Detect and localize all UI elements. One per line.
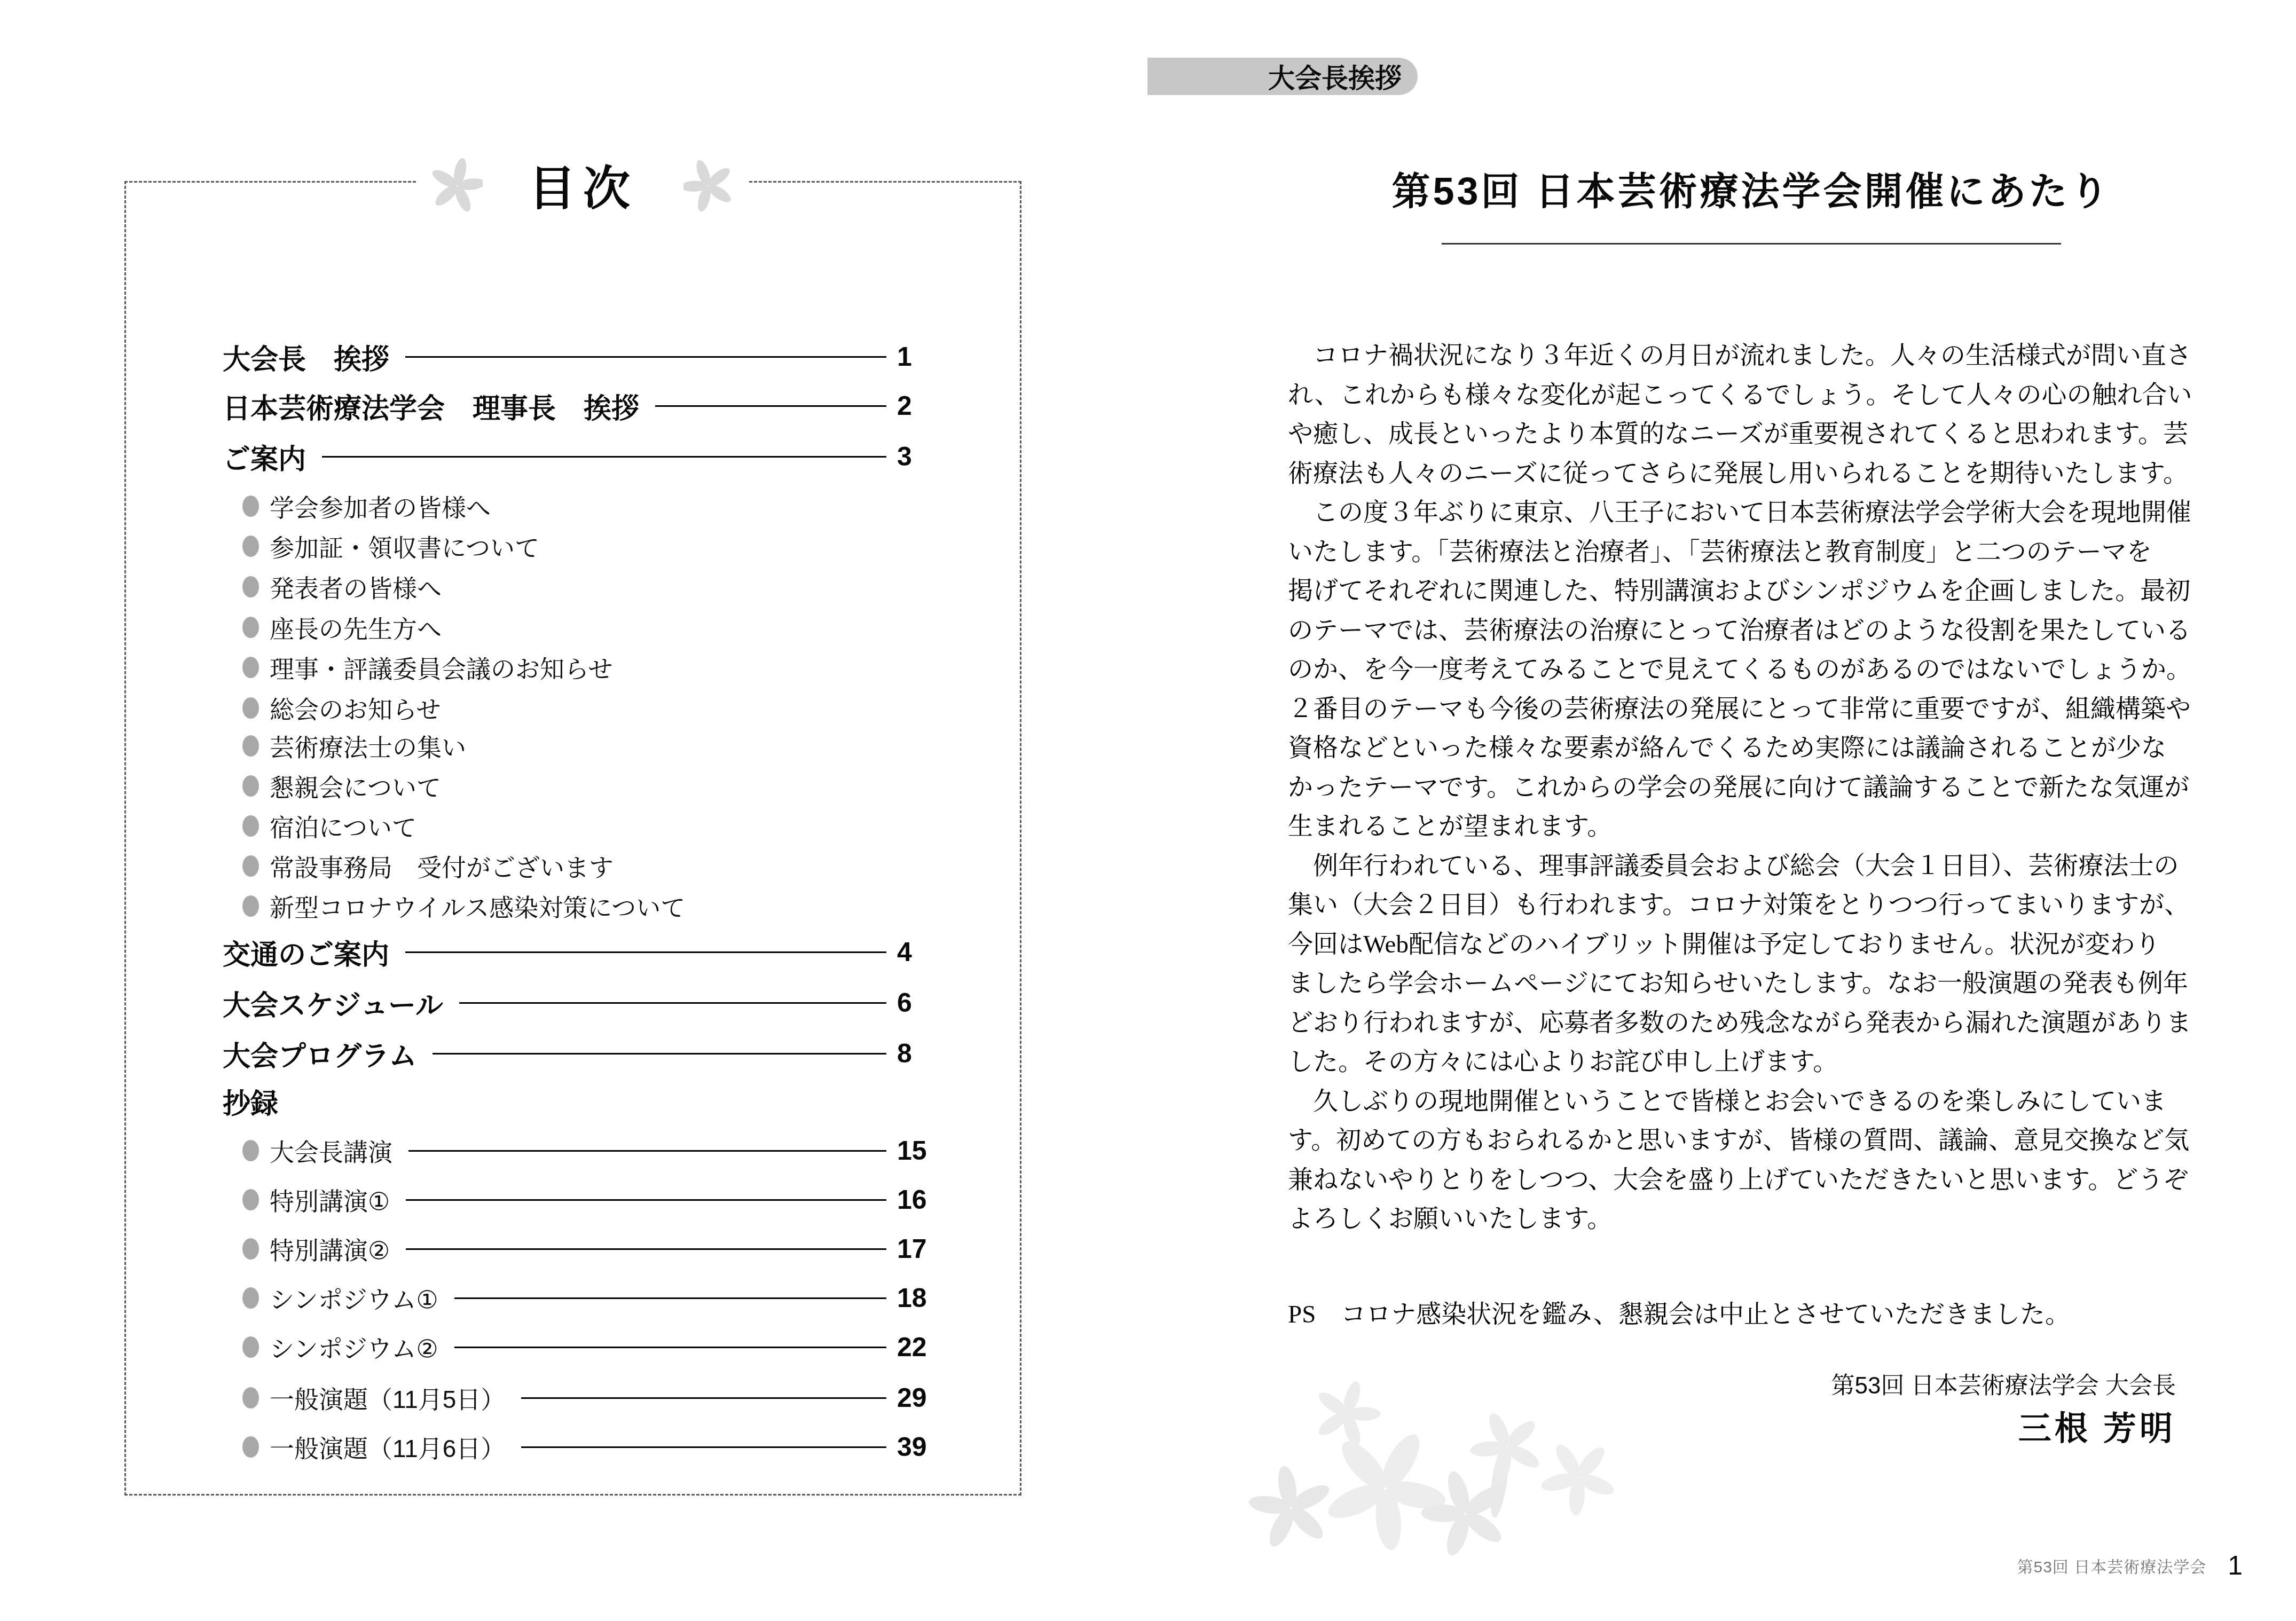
toc-row: 新型コロナウイルス感染対策について xyxy=(223,888,940,924)
toc-row: 特別講演② 17 xyxy=(223,1231,940,1267)
toc-row: シンポジウム① 18 xyxy=(223,1280,940,1316)
toc-label: 座長の先生方へ xyxy=(270,610,442,645)
toc-leader-line xyxy=(454,1297,886,1299)
bullet-icon xyxy=(242,1336,259,1358)
toc-leader-line xyxy=(655,405,886,407)
toc-row: 芸術療法士の集い xyxy=(223,728,940,764)
bullet-icon xyxy=(242,895,259,917)
toc-label: 大会スケジュール xyxy=(223,983,443,1023)
toc-row: 参加証・領収書について xyxy=(223,528,940,564)
bullet-icon xyxy=(242,815,259,837)
toc-label: 一般演題（11月6日） xyxy=(270,1429,505,1465)
toc-page-number: 6 xyxy=(897,987,940,1018)
toc-label: 芸術療法士の集い xyxy=(270,728,466,764)
bullet-icon xyxy=(242,1387,259,1408)
toc-page-number: 15 xyxy=(897,1135,940,1166)
toc-label: 日本芸術療法学会 理事長 挨拶 xyxy=(223,386,639,426)
toc-page-number: 17 xyxy=(897,1233,940,1264)
toc-label: 抄録 xyxy=(223,1081,278,1121)
toc-page-number: 22 xyxy=(897,1332,940,1363)
toc-title-block: 目次 xyxy=(416,153,748,217)
toc-leader-line xyxy=(405,356,886,358)
toc-leader-line xyxy=(521,1397,886,1399)
toc-row: 常設事務局 受付がございます xyxy=(223,848,940,884)
toc-page-number: 4 xyxy=(897,937,940,967)
flower-icon xyxy=(683,158,733,211)
toc-row: 一般演題（11月6日） 39 xyxy=(223,1429,940,1465)
toc-leader-line xyxy=(433,1053,886,1055)
toc-label: 発表者の皆様へ xyxy=(270,569,442,604)
bullet-icon xyxy=(242,536,259,557)
toc-title: 目次 xyxy=(529,151,638,218)
document-spread: { "colors": { "tab_bg": "#c7c7c7", "bull… xyxy=(0,0,2296,1621)
bullet-icon xyxy=(242,1287,259,1309)
flower-icon xyxy=(431,158,483,211)
toc-page-number: 3 xyxy=(897,441,940,472)
bullet-icon xyxy=(242,1140,259,1161)
bullet-icon xyxy=(242,1436,259,1458)
toc-label: 交通のご案内 xyxy=(223,932,389,972)
toc-row: 交通のご案内 4 xyxy=(223,934,940,970)
toc-label: 大会プログラム xyxy=(223,1034,416,1074)
bullet-icon xyxy=(242,697,259,719)
toc-leader-line xyxy=(405,951,886,953)
toc-row: 一般演題（11月5日） 29 xyxy=(223,1380,940,1416)
toc-row: 大会長 挨拶 1 xyxy=(223,339,940,375)
toc-leader-line xyxy=(454,1347,886,1348)
toc-label: ご案内 xyxy=(223,437,306,477)
toc-row: 宿泊について xyxy=(223,808,940,844)
toc-page-number: 16 xyxy=(897,1184,940,1215)
bullet-icon xyxy=(242,1238,259,1260)
toc-row: シンポジウム② 22 xyxy=(223,1329,940,1365)
toc-label: 宿泊について xyxy=(270,808,416,844)
toc-row: ご案内 3 xyxy=(223,438,940,475)
toc-label: 懇親会について xyxy=(270,768,441,804)
toc-list: 大会長 挨拶 1 日本芸術療法学会 理事長 挨拶 2 ご案内 3 学会参加者の皆… xyxy=(0,0,2296,1621)
bullet-icon xyxy=(242,775,259,797)
toc-page-number: 18 xyxy=(897,1282,940,1313)
toc-row: 大会長講演 15 xyxy=(223,1132,940,1169)
toc-row: 理事・評議委員会議のお知らせ xyxy=(223,649,940,686)
bullet-icon xyxy=(242,855,259,877)
toc-label: 学会参加者の皆様へ xyxy=(270,489,491,524)
toc-row: 懇親会について xyxy=(223,768,940,804)
bullet-icon xyxy=(242,576,259,597)
toc-page-number: 1 xyxy=(897,341,940,372)
toc-label: 特別講演① xyxy=(270,1182,390,1217)
toc-label: 理事・評議委員会議のお知らせ xyxy=(270,650,613,685)
toc-leader-line xyxy=(406,1199,886,1201)
toc-row: 大会スケジュール 6 xyxy=(223,985,940,1021)
toc-page-number: 8 xyxy=(897,1038,940,1069)
toc-page-number: 39 xyxy=(897,1431,940,1462)
toc-row: 日本芸術療法学会 理事長 挨拶 2 xyxy=(223,388,940,424)
bullet-icon xyxy=(242,617,259,638)
toc-label: 一般演題（11月5日） xyxy=(270,1380,505,1415)
toc-row: 大会プログラム 8 xyxy=(223,1035,940,1072)
toc-row: 総会のお知らせ xyxy=(223,690,940,726)
bullet-icon xyxy=(242,735,259,757)
toc-label: シンポジウム② xyxy=(270,1329,438,1365)
toc-page-number: 29 xyxy=(897,1382,940,1413)
bullet-icon xyxy=(242,1189,259,1210)
toc-row: 座長の先生方へ xyxy=(223,609,940,646)
toc-row: 発表者の皆様へ xyxy=(223,569,940,605)
toc-row: 抄録 xyxy=(223,1083,940,1119)
toc-row: 特別講演① 16 xyxy=(223,1182,940,1218)
toc-label: 大会長 挨拶 xyxy=(223,337,389,377)
toc-page-number: 2 xyxy=(897,390,940,421)
toc-leader-line xyxy=(322,456,886,458)
toc-leader-line xyxy=(521,1446,886,1448)
toc-leader-line xyxy=(459,1002,886,1004)
toc-leader-line xyxy=(406,1248,886,1250)
toc-label: 総会のお知らせ xyxy=(270,690,441,726)
bullet-icon xyxy=(242,657,259,678)
toc-label: 特別講演② xyxy=(270,1231,390,1266)
toc-label: 新型コロナウイルス感染対策について xyxy=(270,888,685,924)
bullet-icon xyxy=(242,495,259,517)
toc-row: 学会参加者の皆様へ xyxy=(223,488,940,524)
toc-label: シンポジウム① xyxy=(270,1280,438,1316)
toc-label: 参加証・領収書について xyxy=(270,529,539,564)
toc-leader-line xyxy=(408,1150,886,1152)
toc-label: 常設事務局 受付がございます xyxy=(270,848,614,884)
toc-label: 大会長講演 xyxy=(270,1133,392,1168)
